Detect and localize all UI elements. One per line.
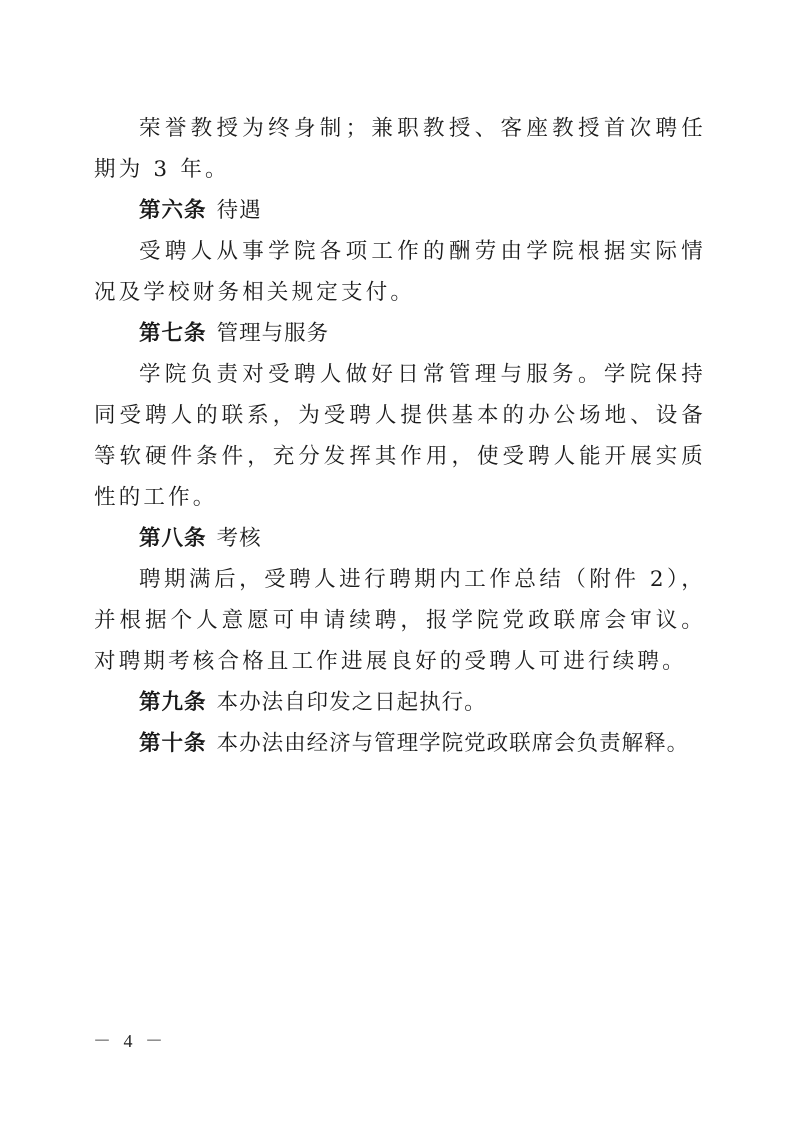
article-10: 第十条 本办法由经济与管理学院党政联席会负责解释。 [94, 723, 706, 764]
article-title: 待遇 [217, 198, 262, 223]
paragraph-term-duration: 荣誉教授为终身制；兼职教授、客座教授首次聘任期为 3 年。 [94, 108, 706, 190]
paragraph-management: 学院负责对受聘人做好日常管理与服务。学院保持同受聘人的联系，为受聘人提供基本的办… [94, 354, 706, 518]
article-9: 第九条 本办法自印发之日起执行。 [94, 682, 706, 723]
article-number: 第八条 [139, 526, 207, 551]
document-body: 荣誉教授为终身制；兼职教授、客座教授首次聘任期为 3 年。 第六条 待遇 受聘人… [94, 108, 706, 764]
article-number: 第七条 [139, 321, 207, 346]
paragraph-compensation: 受聘人从事学院各项工作的酬劳由学院根据实际情况及学校财务相关规定支付。 [94, 231, 706, 313]
article-number: 第九条 [139, 690, 207, 715]
article-8-heading: 第八条 考核 [94, 518, 706, 559]
article-text: 本办法由经济与管理学院党政联席会负责解释。 [217, 731, 690, 756]
article-number: 第六条 [139, 198, 207, 223]
page-number: － 4 － [93, 1027, 167, 1053]
article-title: 考核 [217, 526, 262, 551]
article-text: 本办法自印发之日起执行。 [217, 690, 487, 715]
article-7-heading: 第七条 管理与服务 [94, 313, 706, 354]
paragraph-assessment: 聘期满后，受聘人进行聘期内工作总结（附件 2），并根据个人意愿可申请续聘，报学院… [94, 559, 706, 682]
article-title: 管理与服务 [217, 321, 330, 346]
article-6-heading: 第六条 待遇 [94, 190, 706, 231]
article-number: 第十条 [139, 731, 207, 756]
